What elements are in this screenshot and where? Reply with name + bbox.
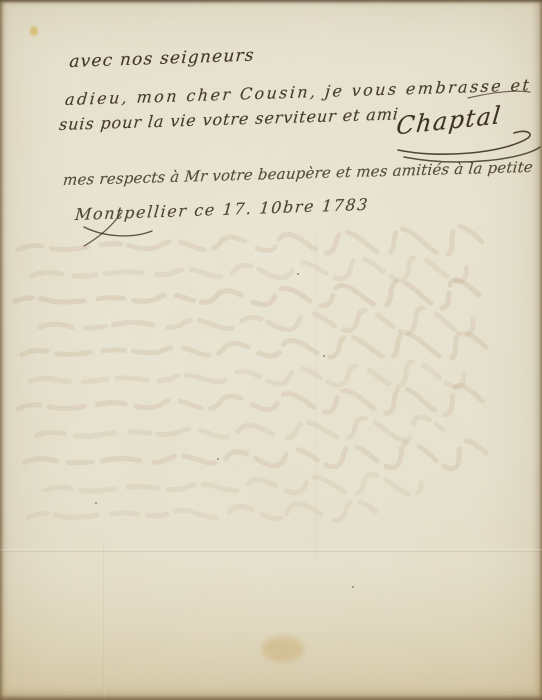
- paper-edge-left: [0, 0, 4, 700]
- handwriting-line-3: suis pour la vie votre serviteur et ami: [58, 104, 400, 134]
- signature: Chaptal: [395, 101, 503, 141]
- ink-speck: [352, 586, 354, 588]
- handwriting-line-4: mes respects à Mr votre beaupère et mes …: [62, 158, 534, 189]
- fold-crease-vertical: [103, 545, 105, 700]
- letter-scan: avec nos seigneurs adieu, mon cher Cousi…: [0, 0, 542, 700]
- ink-speck: [217, 458, 219, 460]
- handwriting-line-2: adieu, mon cher Cousin, je vous embrasse…: [64, 75, 532, 109]
- ink-speck: [297, 273, 299, 275]
- fold-crease-center: [316, 230, 318, 560]
- fold-crease-horizontal: [0, 549, 542, 552]
- aging-tint: [0, 570, 542, 700]
- paper-edge-bottom: [0, 695, 542, 700]
- date-line: Montpellier ce 17. 10bre 1783: [74, 195, 369, 224]
- ink-speck: [95, 502, 97, 504]
- stain: [262, 636, 304, 662]
- paper-edge-top: [0, 0, 542, 3]
- handwriting-line-1: avec nos seigneurs: [69, 46, 256, 73]
- ink-speck: [323, 355, 325, 357]
- stain-fleck: [30, 26, 38, 36]
- date-flourish: [84, 227, 152, 236]
